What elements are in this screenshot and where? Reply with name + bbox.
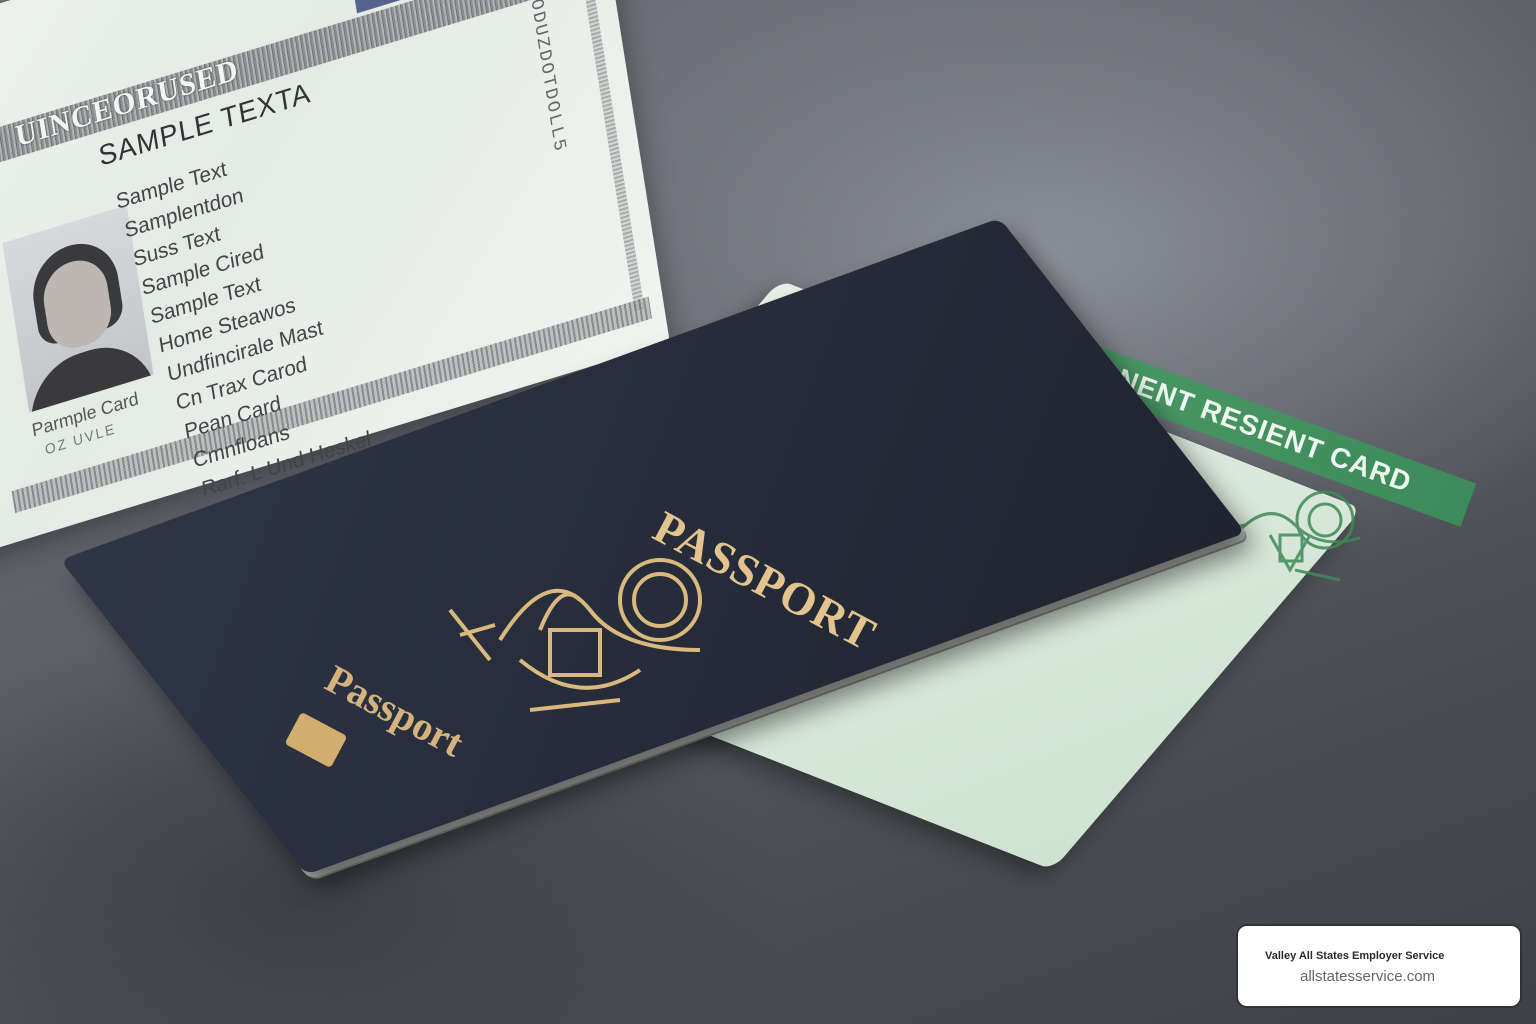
brand-url[interactable]: allstatesservice.com — [1300, 968, 1435, 985]
vertical-code: PODUZDOTDOLL5 — [524, 0, 569, 156]
brand-card — [1238, 926, 1520, 1006]
eagle-seal-icon — [420, 540, 740, 740]
guilloche-border-right — [578, 0, 644, 311]
brand-name: Valley All States Employer Service — [1265, 950, 1444, 962]
